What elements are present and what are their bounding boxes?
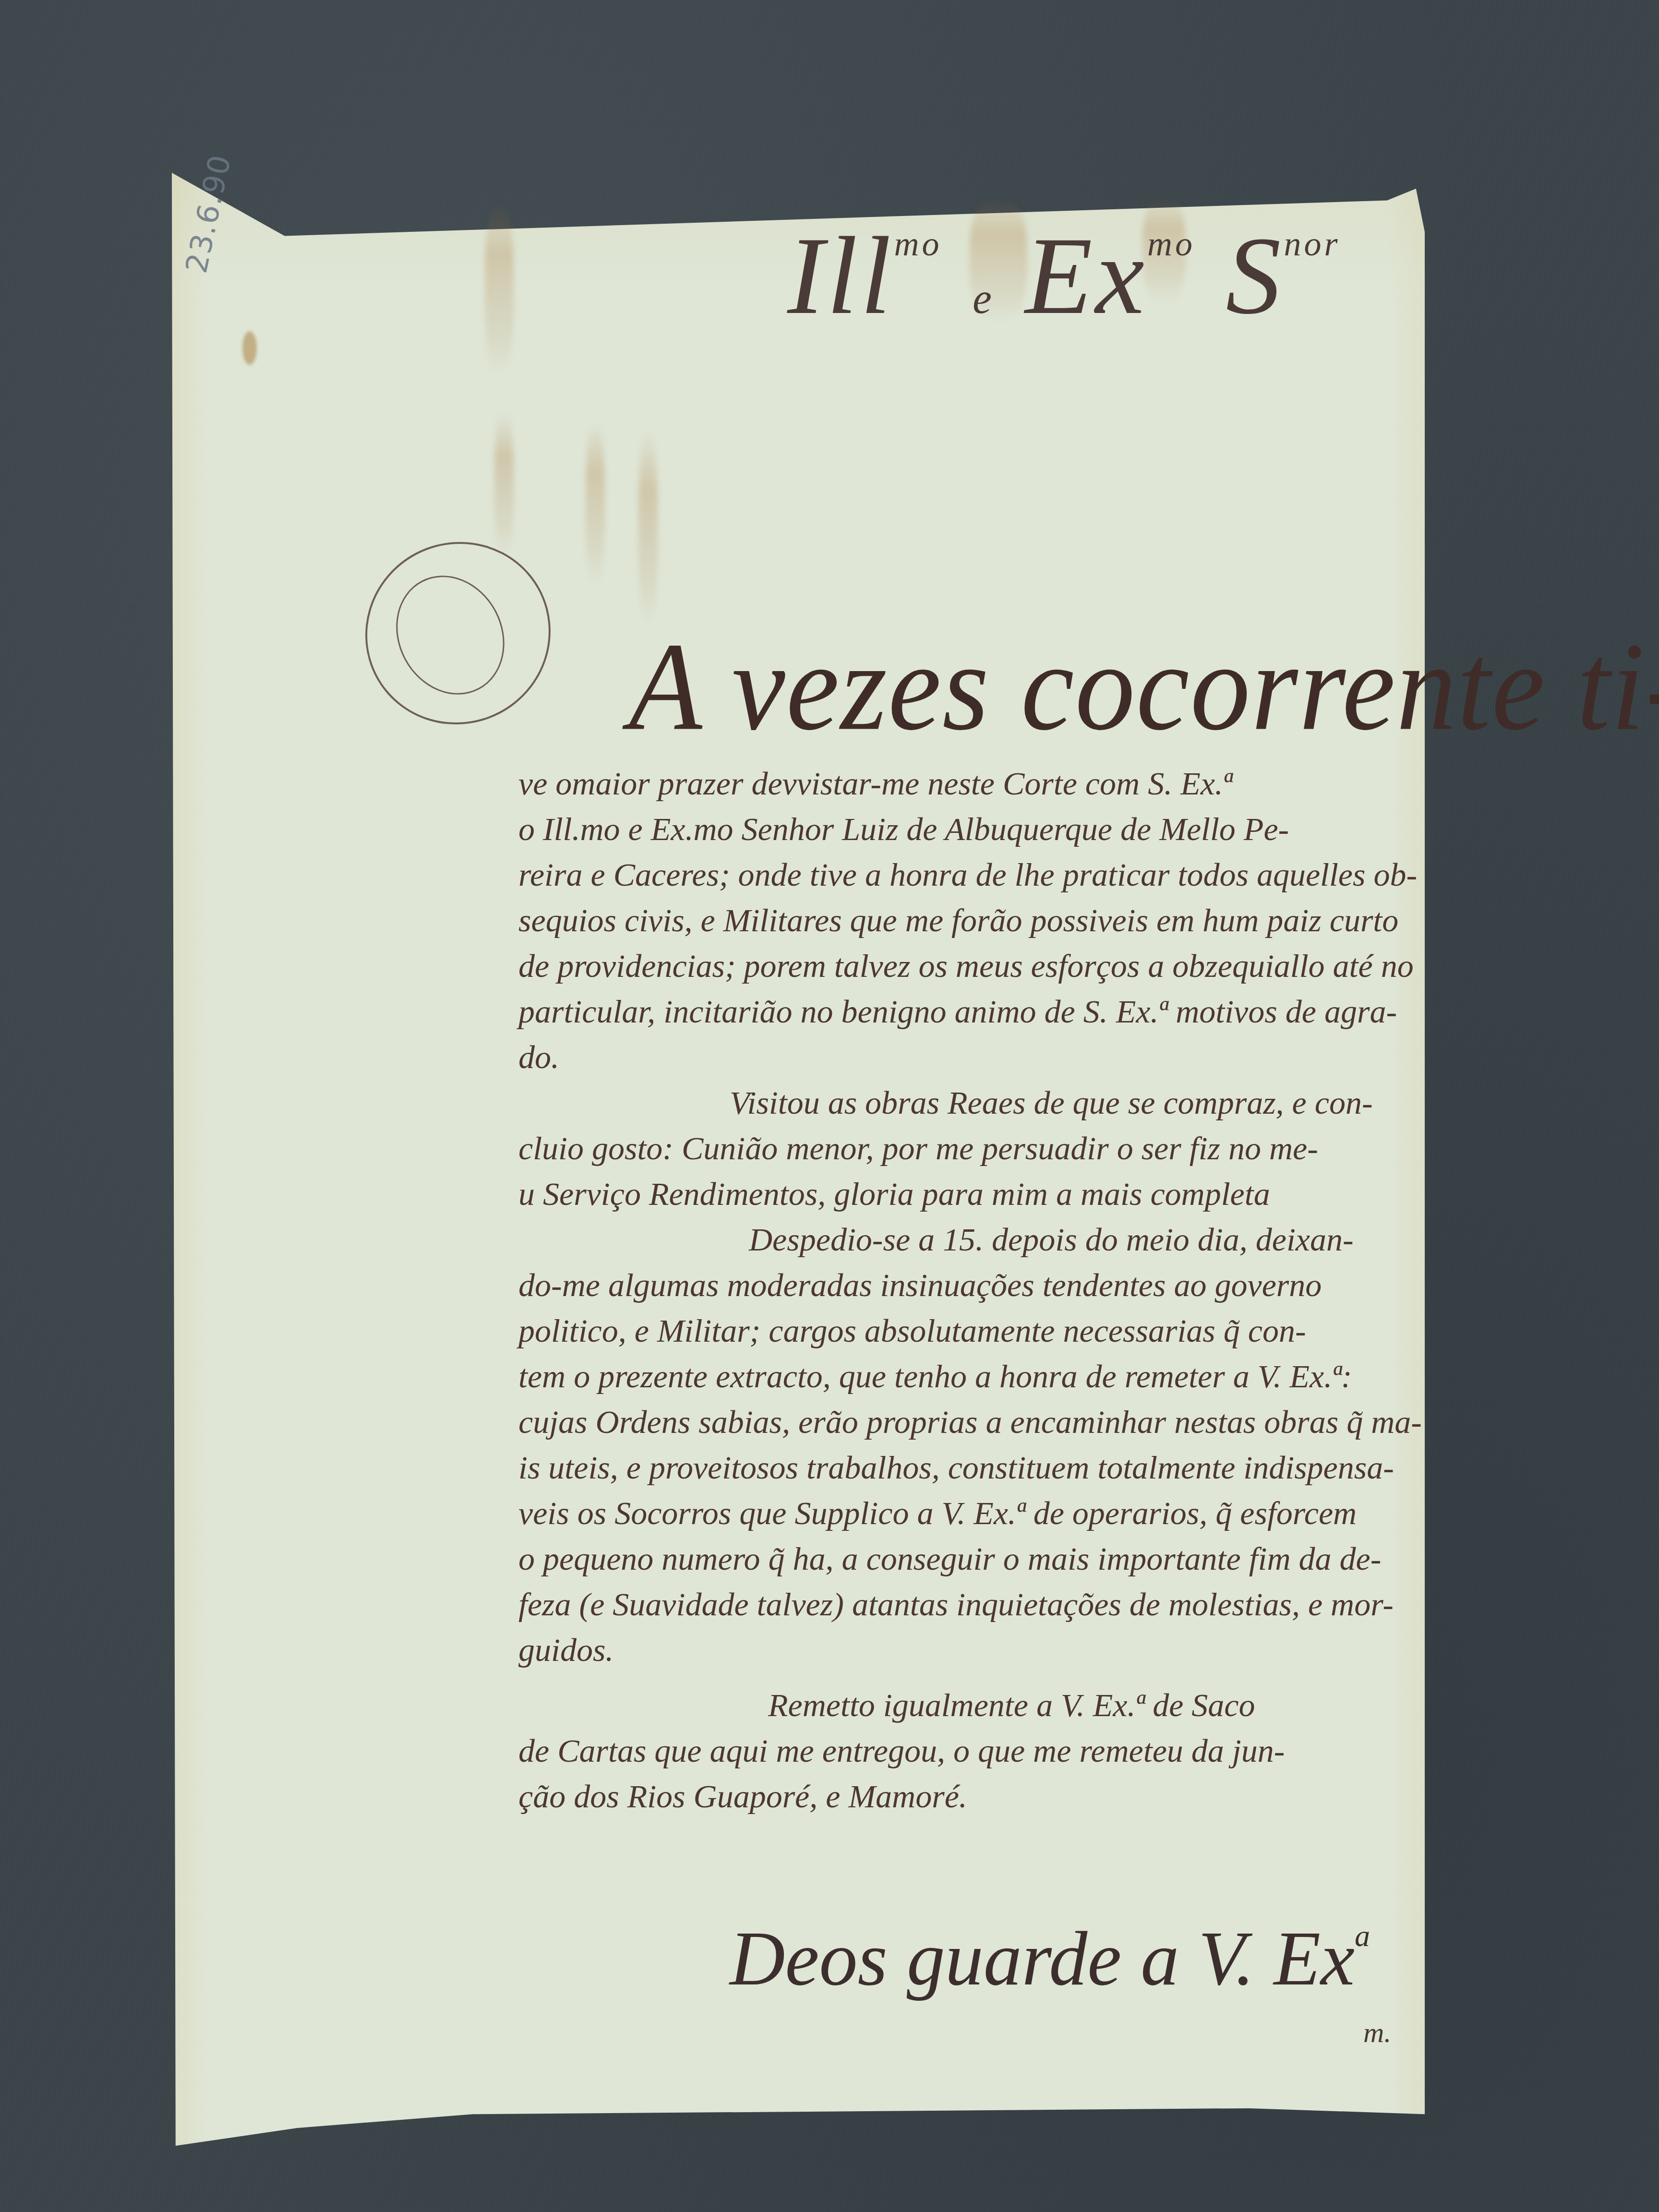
- text-line: Remetto igualmente a V. Ex.ª de Saco: [518, 1683, 1421, 1728]
- salutation: Illmo e Exmo Snor: [787, 221, 1340, 331]
- text-line: o Ill.mo e Ex.mo Senhor Luiz de Albuquer…: [518, 806, 1421, 852]
- text-line: de Cartas que aqui me entregou, o que me…: [518, 1728, 1421, 1774]
- closing-abbreviation: m.: [1363, 2016, 1391, 2049]
- opening-heading: A vezes cocorrente ti-: [629, 624, 1659, 750]
- paragraph-1: ve omaior prazer devvistar-me neste Cort…: [518, 761, 1421, 1080]
- text-line: politico, e Militar; cargos absolutament…: [518, 1308, 1421, 1354]
- text-line: do-me algumas moderadas insinuações tend…: [518, 1262, 1421, 1308]
- text-line: ve omaior prazer devvistar-me neste Cort…: [518, 761, 1421, 806]
- rust-stain: [586, 422, 605, 586]
- rust-stain: [494, 413, 514, 557]
- text-line: is uteis, e proveitosos trabalhos, const…: [518, 1445, 1421, 1491]
- text-line: u Serviço Rendimentos, gloria para mim a…: [518, 1171, 1421, 1217]
- letter-body: ve omaior prazer devvistar-me neste Cort…: [518, 761, 1421, 1819]
- text-line: guidos.: [518, 1627, 1421, 1673]
- closing-formula: Deos guarde a V. Exa: [730, 1920, 1370, 1997]
- text-line: cujas Ordens sabias, erão proprias a enc…: [518, 1399, 1421, 1445]
- paragraph-3: Despedio-se a 15. depois do meio dia, de…: [518, 1217, 1421, 1673]
- rust-stain: [485, 202, 514, 374]
- text-line: o pequeno numero q̃ ha, a conseguir o ma…: [518, 1536, 1421, 1582]
- text-line: Visitou as obras Reaes de que se compraz…: [518, 1080, 1421, 1126]
- paragraph-4: Remetto igualmente a V. Ex.ª de Saco de …: [518, 1683, 1421, 1819]
- text-line: de providencias; porem talvez os meus es…: [518, 943, 1421, 989]
- text-line: Despedio-se a 15. depois do meio dia, de…: [518, 1217, 1421, 1262]
- text-line: veis os Socorros que Supplico a V. Ex.ª …: [518, 1491, 1421, 1536]
- text-line: reira e Caceres; onde tive a honra de lh…: [518, 852, 1421, 898]
- text-line: cluio gosto: Cunião menor, por me persua…: [518, 1126, 1421, 1171]
- rust-stain: [638, 432, 658, 624]
- text-line: feza (e Suavidade talvez) atantas inquie…: [518, 1582, 1421, 1627]
- text-line: sequios civis, e Militares que me forão …: [518, 898, 1421, 943]
- text-line: ção dos Rios Guaporé, e Mamoré.: [518, 1774, 1421, 1819]
- text-line: tem o prezente extracto, que tenho a hon…: [518, 1354, 1421, 1399]
- paragraph-2: Visitou as obras Reaes de que se compraz…: [518, 1080, 1421, 1217]
- ink-spot: [242, 331, 257, 365]
- text-line: particular, incitarião no benigno animo …: [518, 989, 1421, 1034]
- text-line: do.: [518, 1034, 1421, 1080]
